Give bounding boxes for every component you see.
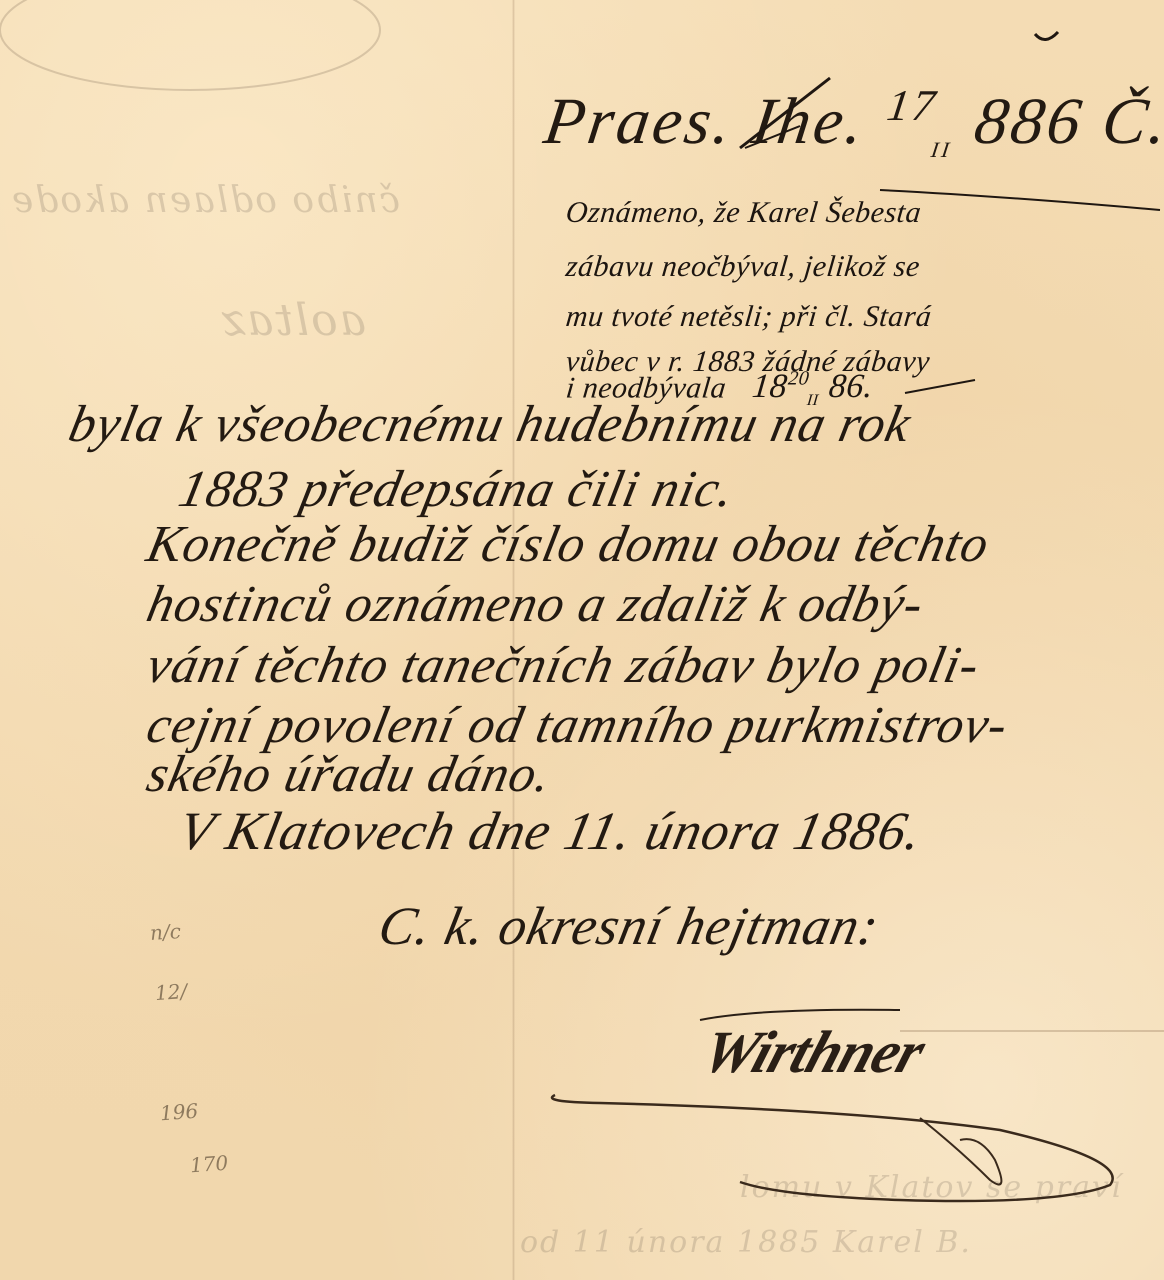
margin-mark: n/c [149, 919, 181, 945]
registry-reference: Praes. Ihe. 17II 886 Č. 116. [539, 80, 1164, 163]
document-page: čnibo odlaen akode aoltaz lomu v Klatov … [0, 0, 1164, 1280]
body-line: 1883 předepsána čili nic. [174, 460, 740, 519]
registry-date-day: 17 [884, 81, 941, 130]
registry-date-month: II [930, 137, 954, 162]
registry-number-label: Č. [1098, 85, 1164, 158]
margin-mark: 170 [189, 1151, 229, 1178]
paper-crease [900, 1030, 1164, 1032]
official-title: C. k. okresní hejtman: [373, 895, 885, 957]
margin-note-line: mu tvoté netěsli; při čl. Stará [564, 300, 933, 334]
margin-note-line: Oznámeno, že Karel Šebesta [564, 196, 923, 230]
registry-year: 886 [970, 85, 1088, 158]
margin-note-line: zábavu neočbýval, jelikož se [564, 250, 921, 284]
bleed-through-line: od 11 února 1885 Karel B. [520, 1225, 972, 1260]
bleed-through-line: čnibo odlaen akode [10, 180, 400, 221]
body-line: byla k všeobecnému hudebnímu na rok [64, 395, 917, 454]
body-line: hostinců oznámeno a zdaliž k odbý- [142, 575, 929, 634]
note-date-superscript: 20 [787, 368, 810, 390]
place-and-date: V Klatovech dne 11. února 1886. [173, 800, 928, 862]
margin-mark: 12/ [154, 979, 188, 1005]
bleed-through-line: lomu v Klatov se praví [740, 1170, 1123, 1205]
registry-prefix: Praes. Ihe. [540, 85, 871, 158]
body-line: Konečně budiž číslo domu obou těchto [142, 515, 995, 574]
bleed-through-line: aoltaz [220, 295, 366, 346]
margin-mark: 196 [159, 1099, 199, 1126]
body-line: vání těchto tanečních zábav bylo poli- [142, 636, 985, 695]
body-line: ského úřadu dáno. [142, 745, 557, 804]
signature: Wirthner [694, 1018, 933, 1087]
